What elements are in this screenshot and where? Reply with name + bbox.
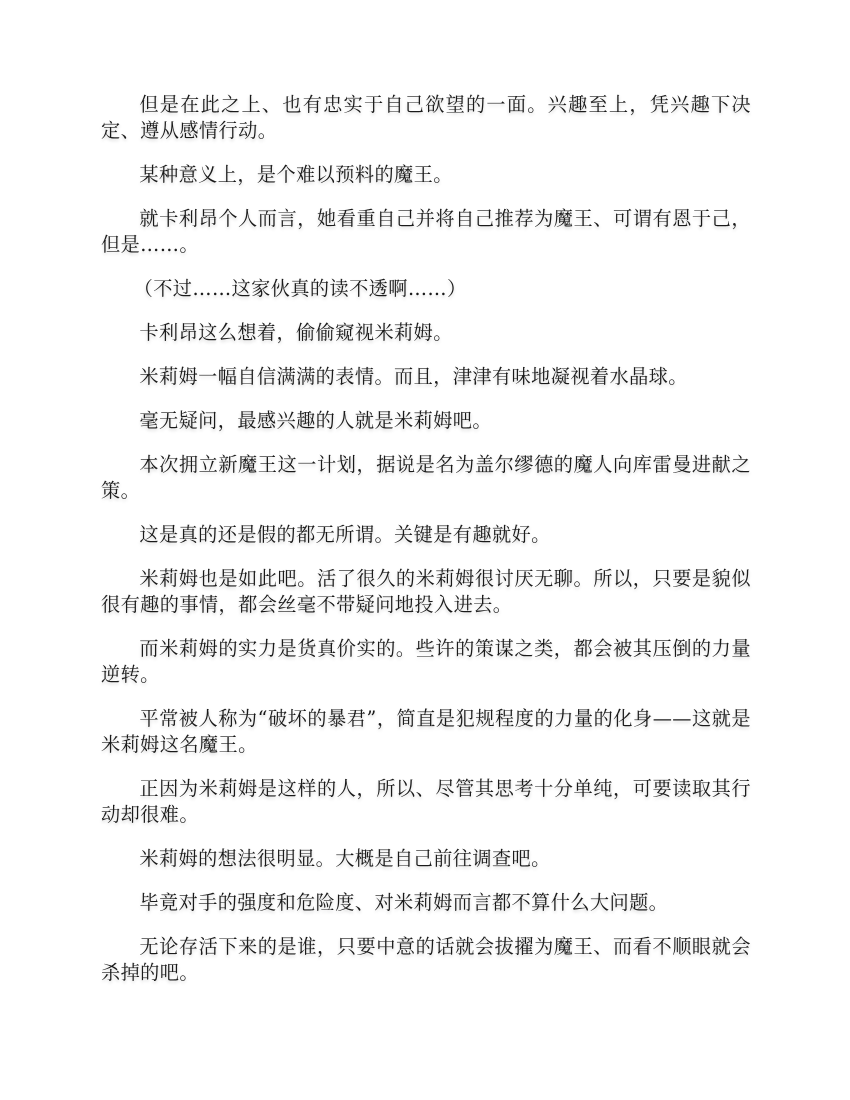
paragraph: 但是在此之上、也有忠实于自己欲望的一面。兴趣至上，凭兴趣下决定、遵从感情行动。 [101, 92, 751, 144]
paragraph: 某种意义上，是个难以预料的魔王。 [101, 162, 751, 188]
paragraph: 就卡利昂个人而言，她看重自己并将自己推荐为魔王、可谓有恩于己，但是……。 [101, 206, 751, 258]
paragraph: 米莉姆一幅自信满满的表情。而且，津津有味地凝视着水晶球。 [101, 364, 751, 390]
paragraph: 正因为米莉姆是这样的人，所以、尽管其思考十分单纯，可要读取其行动却很难。 [101, 776, 751, 828]
paragraph: 平常被人称为“破坏的暴君”，简直是犯规程度的力量的化身——这就是米莉姆这名魔王。 [101, 706, 751, 758]
document-page: 但是在此之上、也有忠实于自己欲望的一面。兴趣至上，凭兴趣下决定、遵从感情行动。 … [101, 92, 751, 1004]
paragraph-inner-thought: （不过……这家伙真的读不透啊……） [101, 276, 751, 302]
paragraph: 卡利昂这么想着，偷偷窥视米莉姆。 [101, 320, 751, 346]
paragraph: 而米莉姆的实力是货真价实的。些许的策谋之类，都会被其压倒的力量逆转。 [101, 636, 751, 688]
paragraph: 这是真的还是假的都无所谓。关键是有趣就好。 [101, 522, 751, 548]
paragraph: 无论存活下来的是谁，只要中意的话就会拔擢为魔王、而看不顺眼就会杀掉的吧。 [101, 934, 751, 986]
paragraph: 米莉姆的想法很明显。大概是自己前往调查吧。 [101, 846, 751, 872]
paragraph: 米莉姆也是如此吧。活了很久的米莉姆很讨厌无聊。所以，只要是貌似很有趣的事情，都会… [101, 566, 751, 618]
paragraph: 毫无疑问，最感兴趣的人就是米莉姆吧。 [101, 408, 751, 434]
paragraph: 毕竟对手的强度和危险度、对米莉姆而言都不算什么大问题。 [101, 890, 751, 916]
paragraph: 本次拥立新魔王这一计划，据说是名为盖尔缪德的魔人向库雷曼进献之策。 [101, 452, 751, 504]
